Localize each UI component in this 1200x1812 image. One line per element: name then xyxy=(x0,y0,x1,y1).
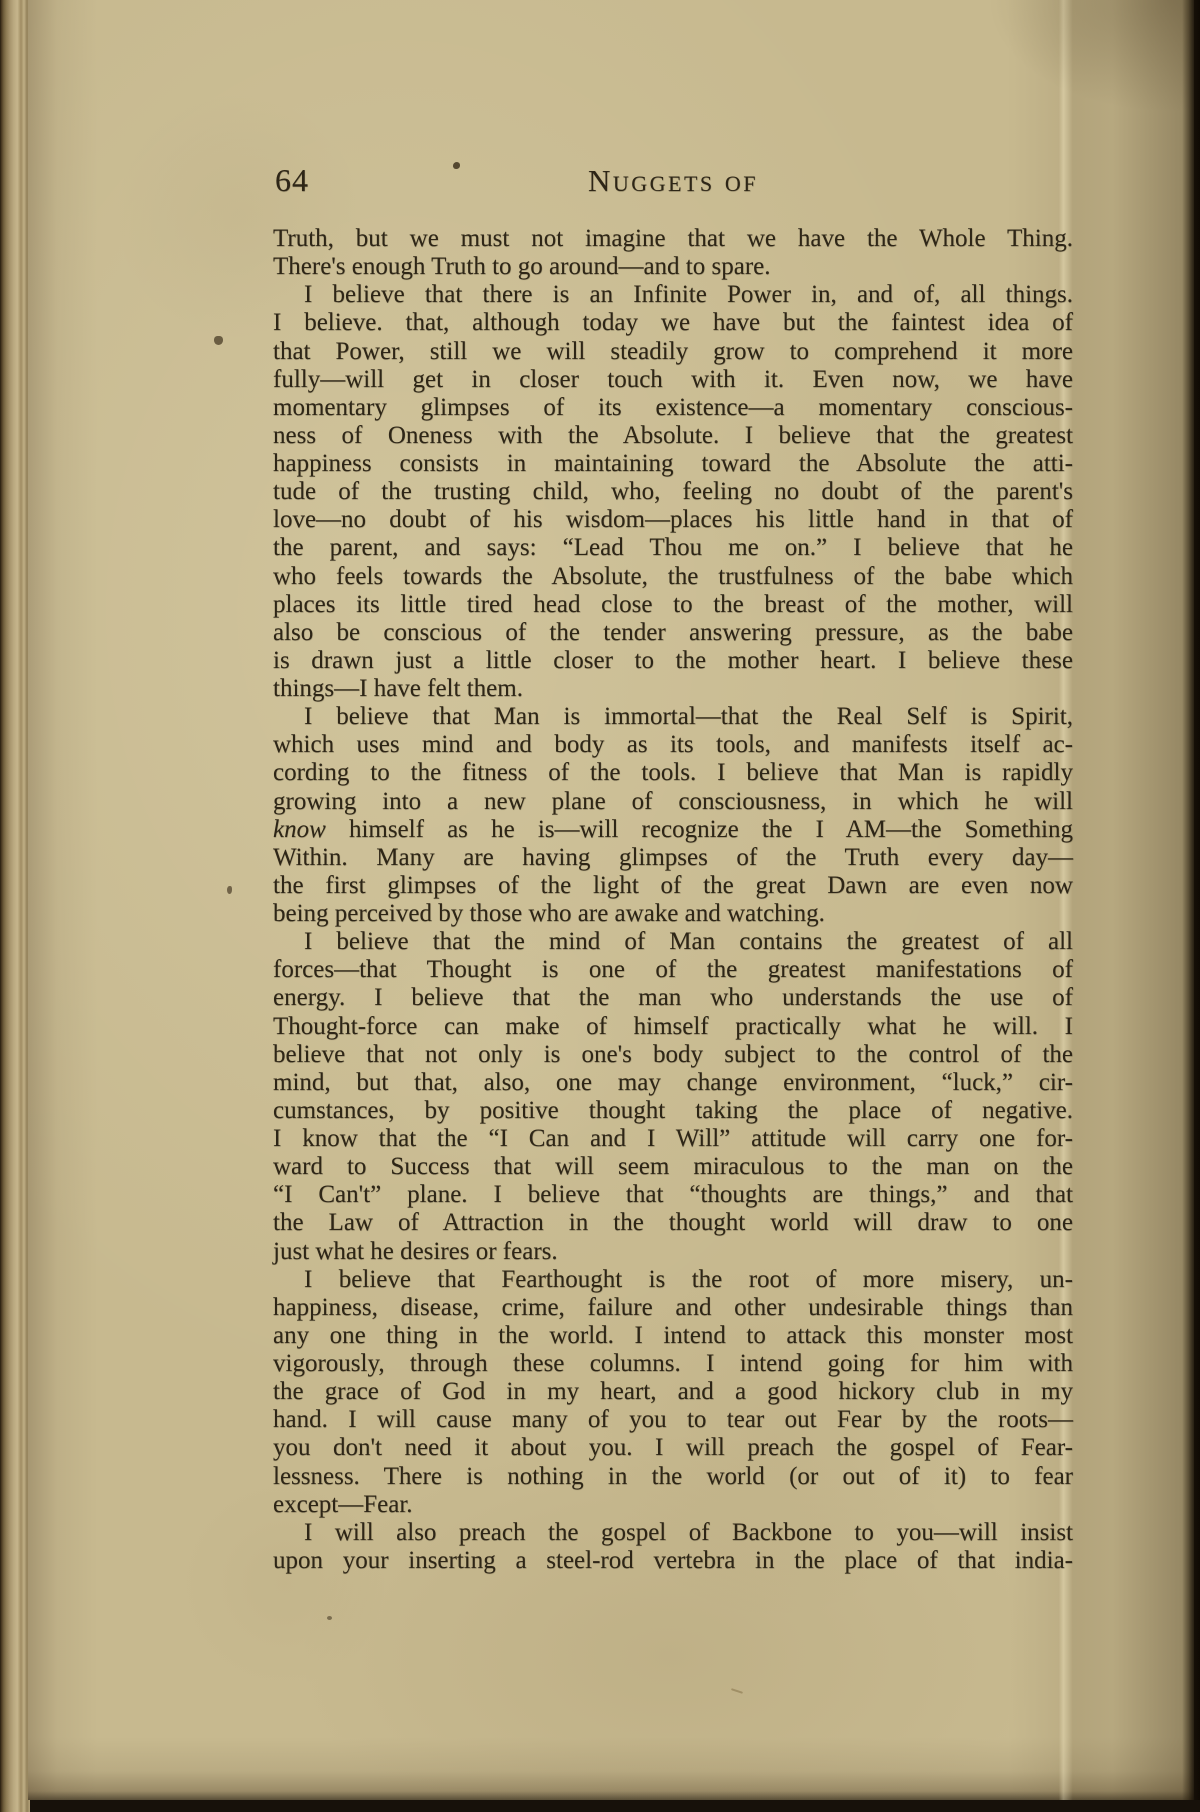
text-line: growing into a new plane of consciousnes… xyxy=(273,788,1073,816)
text-line: tude of the trusting child, who, feeling… xyxy=(273,478,1073,506)
book-page: 64 Nuggets of Truth, but we must not ima… xyxy=(28,0,1194,1800)
photo-dark-edge-right xyxy=(1182,0,1200,1800)
paragraph: I believe that Fearthought is the root o… xyxy=(273,1266,1073,1519)
text-line: except—Fear. xyxy=(273,1491,1073,1519)
text-line: you don't need it about you. I will prea… xyxy=(273,1434,1073,1462)
text-line: things—I have felt them. xyxy=(273,675,1073,703)
text-line: Within. Many are having glimpses of the … xyxy=(273,844,1073,872)
text-line: places its little tired head close to th… xyxy=(273,591,1073,619)
text-line: “I Can't” plane. I believe that “thought… xyxy=(273,1181,1073,1209)
text-line: love—no doubt of his wisdom—places his l… xyxy=(273,506,1073,534)
text-line: upon your inserting a steel-rod vertebra… xyxy=(273,1547,1073,1575)
text-line: lessness. There is nothing in the world … xyxy=(273,1463,1073,1491)
text-line: who feels towards the Absolute, the trus… xyxy=(273,563,1073,591)
text-line: is drawn just a little closer to the mot… xyxy=(273,647,1073,675)
text-line: believe that not only is one's body subj… xyxy=(273,1041,1073,1069)
text-line: the parent, and says: “Lead Thou me on.”… xyxy=(273,534,1073,562)
text-line: the first glimpses of the light of the g… xyxy=(273,872,1073,900)
text-line: momentary glimpses of its existence—a mo… xyxy=(273,394,1073,422)
running-title: Nuggets of xyxy=(273,165,1073,196)
text-line: cording to the fitness of the tools. I b… xyxy=(273,759,1073,787)
paper-fiber xyxy=(731,1688,743,1694)
paper-speck xyxy=(227,886,232,894)
body-text: Truth, but we must not imagine that we h… xyxy=(273,225,1073,1575)
paper-speck xyxy=(997,997,1001,1001)
paragraph: I believe that Man is immortal—that the … xyxy=(273,703,1073,928)
text-line: ness of Oneness with the Absolute. I bel… xyxy=(273,422,1073,450)
paper-speck xyxy=(214,336,223,345)
text-line: vigorously, through these columns. I int… xyxy=(273,1350,1073,1378)
paragraph: Truth, but we must not imagine that we h… xyxy=(273,225,1073,281)
text-line: just what he desires or fears. xyxy=(273,1238,1073,1266)
text-line: I believe. that, although today we have … xyxy=(273,309,1073,337)
text-line: which uses mind and body as its tools, a… xyxy=(273,731,1073,759)
text-line: cumstances, by positive thought taking t… xyxy=(273,1097,1073,1125)
book-page-edges-left xyxy=(0,0,30,1812)
text-line: I will also preach the gospel of Backbon… xyxy=(273,1519,1073,1547)
text-line: also be conscious of the tender answerin… xyxy=(273,619,1073,647)
text-line: forces—that Thought is one of the greate… xyxy=(273,956,1073,984)
text-line: energy. I believe that the man who under… xyxy=(273,984,1073,1012)
paragraph: I believe that there is an Infinite Powe… xyxy=(273,281,1073,703)
text-line: any one thing in the world. I intend to … xyxy=(273,1322,1073,1350)
text-line: mind, but that, also, one may change env… xyxy=(273,1069,1073,1097)
text-line: There's enough Truth to go around—and to… xyxy=(273,253,1073,281)
text-line: Truth, but we must not imagine that we h… xyxy=(273,225,1073,253)
text-line-rest: himself as he is—will recognize the I AM… xyxy=(326,816,1073,843)
paper-speck xyxy=(453,162,460,169)
paragraph: I will also preach the gospel of Backbon… xyxy=(273,1519,1073,1575)
paper-speck xyxy=(327,1616,332,1620)
italic-word: know xyxy=(273,816,326,843)
text-line: I believe that Man is immortal—that the … xyxy=(273,703,1073,731)
scanned-book-photo: { "page": { "number": "64", "running_tit… xyxy=(0,0,1200,1812)
page-header: 64 Nuggets of xyxy=(273,164,1073,204)
text-line: that Power, still we will steadily grow … xyxy=(273,338,1073,366)
text-line: I believe that Fearthought is the root o… xyxy=(273,1266,1073,1294)
text-line: fully—will get in closer touch with it. … xyxy=(273,366,1073,394)
text-line: ward to Success that will seem miraculou… xyxy=(273,1153,1073,1181)
text-line: I know that the “I Can and I Will” attit… xyxy=(273,1125,1073,1153)
paragraph: I believe that the mind of Man contains … xyxy=(273,928,1073,1266)
text-line: I believe that the mind of Man contains … xyxy=(273,928,1073,956)
text-line: the grace of God in my heart, and a good… xyxy=(273,1378,1073,1406)
text-line: Thought-force can make of himself practi… xyxy=(273,1013,1073,1041)
text-line: happiness, disease, crime, failure and o… xyxy=(273,1294,1073,1322)
text-line: the Law of Attraction in the thought wor… xyxy=(273,1209,1073,1237)
text-line: happiness consists in maintaining toward… xyxy=(273,450,1073,478)
text-line: being perceived by those who are awake a… xyxy=(273,900,1073,928)
text-line: know himself as he is—will recognize the… xyxy=(273,816,1073,844)
text-line: I believe that there is an Infinite Powe… xyxy=(273,281,1073,309)
text-line: hand. I will cause many of you to tear o… xyxy=(273,1406,1073,1434)
